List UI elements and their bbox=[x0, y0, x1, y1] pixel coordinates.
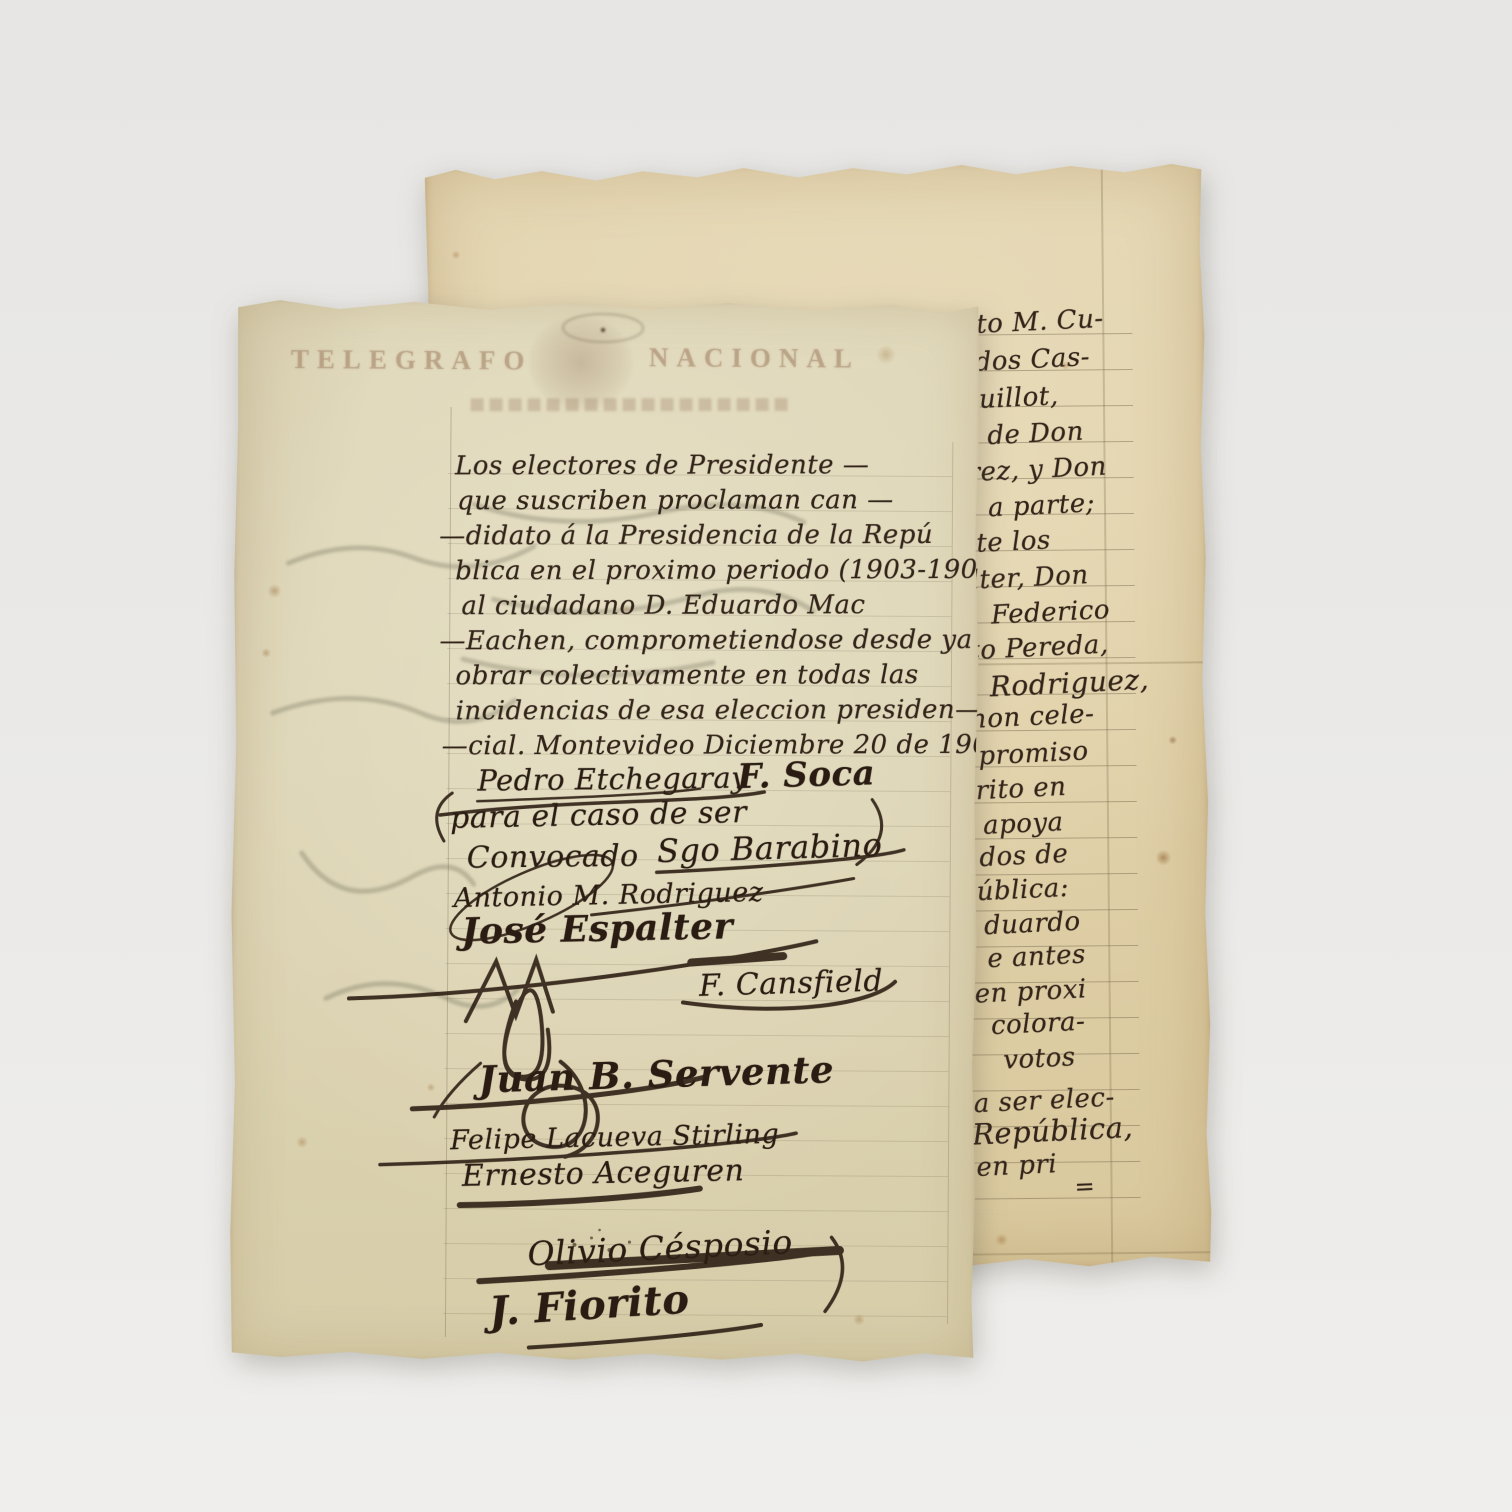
proclamation-text: Los electores de Presidente — que suscri… bbox=[455, 448, 961, 764]
handwriting-fragment: a parte; bbox=[987, 488, 1095, 523]
annotation-line-2: Convocado bbox=[467, 839, 639, 876]
foxing-spot bbox=[995, 1233, 1008, 1246]
text-line: obrar colectivamente en todas las bbox=[456, 658, 961, 694]
handwriting-fragment: rito en bbox=[975, 772, 1067, 806]
signature-barabino: Sgo Barabino bbox=[656, 826, 882, 870]
foxing-spot bbox=[296, 1136, 308, 1148]
foxing-spot bbox=[267, 584, 281, 598]
front-paper-sheet: TELEGRAFO NACIONAL bbox=[229, 298, 981, 1365]
handwriting-fragment: duardo bbox=[983, 907, 1081, 942]
signature-aceguren: Ernesto Aceguren bbox=[462, 1153, 745, 1194]
handwriting-fragment: e antes bbox=[987, 940, 1087, 975]
signature-espalter: José Espalter bbox=[461, 905, 733, 952]
front-manuscript-page: TELEGRAFO NACIONAL bbox=[229, 298, 981, 1365]
handwriting-fragment: votos bbox=[1003, 1042, 1077, 1075]
letterhead-emblem-seal bbox=[529, 316, 634, 411]
handwriting-fragment: colora- bbox=[990, 1007, 1086, 1041]
text-line: Los electores de Presidente — bbox=[455, 448, 960, 484]
handwriting-fragment: promiso bbox=[978, 736, 1090, 771]
foxing-spot bbox=[621, 604, 631, 614]
signature-stirling: Felipe Lacueva Stirling bbox=[450, 1119, 780, 1157]
foxing-spot bbox=[1155, 850, 1171, 866]
handwriting-fragment: en proxi bbox=[974, 974, 1087, 1009]
handwriting-fragment: te los bbox=[976, 525, 1052, 559]
handwriting-fragment: = bbox=[1074, 1172, 1096, 1201]
handwriting-fragment: apoya bbox=[982, 807, 1064, 841]
foxing-spot bbox=[853, 1314, 865, 1326]
foxing-spot bbox=[426, 1083, 435, 1092]
text-line: incidencias de esa eleccion presiden— bbox=[456, 693, 961, 729]
signature-soca: F. Soca bbox=[737, 753, 876, 797]
handwriting-fragment: uillot, bbox=[978, 381, 1059, 415]
annotation-line-1: para el caso de ser bbox=[450, 795, 748, 836]
signature-cansfield: F. Cansfield bbox=[699, 963, 884, 1003]
text-line: al ciudadano D. Eduardo Mac bbox=[461, 588, 960, 624]
text-line: blica en el proximo periodo (1903-1907) bbox=[455, 553, 960, 589]
handwriting-fragment: dos Cas- bbox=[974, 342, 1091, 378]
text-line: —cial. Montevideo Diciembre 20 de 1902 bbox=[442, 728, 961, 764]
foxing-spot bbox=[452, 250, 461, 259]
foxing-spot bbox=[261, 648, 271, 658]
handwriting-fragment: en pri bbox=[976, 1149, 1058, 1183]
signature-etchegaray: Pedro Etchegaray bbox=[477, 761, 748, 798]
handwriting-fragment: ública: bbox=[976, 873, 1070, 907]
letterhead-subline-illegible bbox=[471, 398, 793, 411]
text-line: —didato á la Presidencia de la Repú bbox=[439, 518, 960, 554]
text-line: —Eachen, comprometiendose desde ya á bbox=[439, 623, 960, 659]
text-line: que suscriben proclaman can — bbox=[457, 483, 960, 519]
foxing-spot bbox=[1168, 736, 1177, 745]
letterhead-word-telegrafo: TELEGRAFO bbox=[291, 344, 533, 376]
foxing-spot bbox=[1061, 361, 1071, 371]
letterhead-word-nacional: NACIONAL bbox=[649, 342, 860, 374]
handwriting-fragment: de Don bbox=[987, 417, 1085, 452]
handwriting-fragment: lter, Don bbox=[970, 560, 1089, 596]
handwriting-fragment: Federico bbox=[990, 595, 1110, 631]
stain bbox=[875, 346, 897, 364]
handwriting-fragment: dos de bbox=[979, 839, 1069, 873]
handwriting-fragment: to M. Cu- bbox=[976, 304, 1105, 340]
photo-backdrop: to M. Cu- dos Cas- uillot, de Don rez, y… bbox=[0, 0, 1512, 1512]
handwriting-fragment: hon cele- bbox=[969, 699, 1095, 735]
